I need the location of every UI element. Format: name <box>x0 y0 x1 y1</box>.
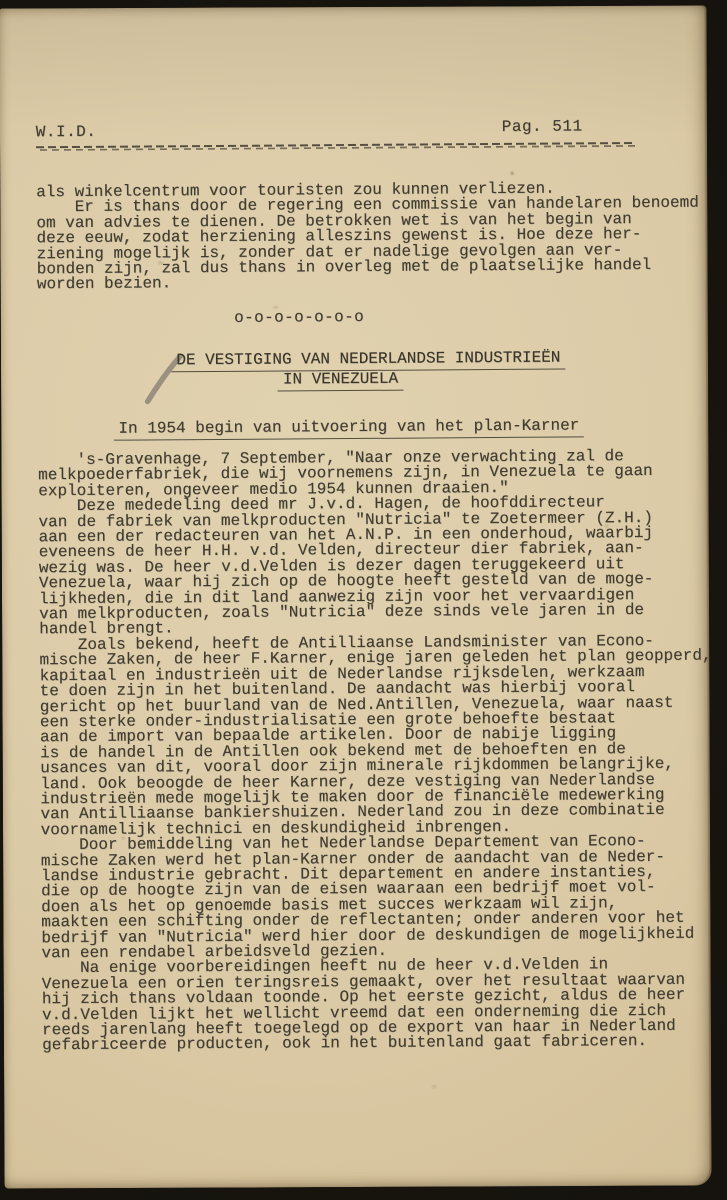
paragraph: Zoals bekend, heeft de Antilliaanse Land… <box>39 633 711 838</box>
intro-paragraph: als winkelcentrum voor touristen zou kun… <box>36 181 699 293</box>
typewritten-content: W.I.D. Pag. 511 als winkelcentrum voor t… <box>0 5 712 1188</box>
header-doc-code: W.I.D. <box>36 123 97 141</box>
section-divider: o-o-o-o-o-o-o <box>234 308 364 327</box>
paragraph: 's-Gravenhage, 7 September, "Naar onze v… <box>38 449 710 500</box>
header-page-number: Pag. 511 <box>502 117 583 136</box>
title-line-2: IN VENEZUELA <box>278 370 403 391</box>
paragraph: Na enige voorbereidingen heeft nu de hee… <box>42 957 712 1054</box>
document-page: W.I.D. Pag. 511 als winkelcentrum voor t… <box>0 5 712 1188</box>
paragraph: Door bemiddeling van het Nederlandse Dep… <box>41 834 712 962</box>
header-dashed-rule <box>36 142 636 151</box>
paragraph: Deze mededeling deed mr J.v.d. Hagen, de… <box>38 495 711 638</box>
article-body: 's-Gravenhage, 7 September, "Naar onze v… <box>38 449 712 1055</box>
scan-background: W.I.D. Pag. 511 als winkelcentrum voor t… <box>0 0 727 1200</box>
article-subtitle: In 1954 begin van uitvoering van het pla… <box>1 416 707 441</box>
article-title: DE VESTIGING VAN NEDERLANDSE INDUSTRIEËN… <box>0 347 706 392</box>
